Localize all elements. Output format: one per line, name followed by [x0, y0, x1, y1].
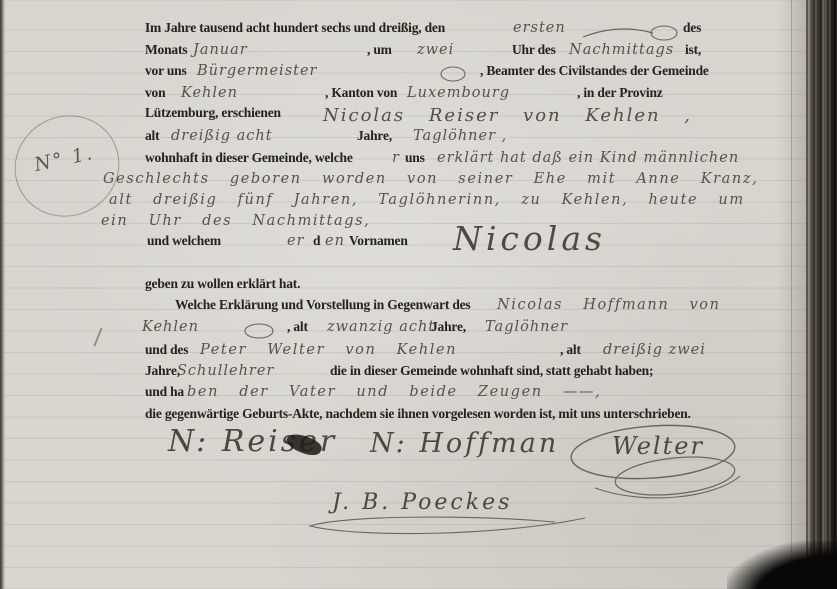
handwritten-witness2-occupation: Schullehrer — [177, 363, 274, 379]
handwritten-hour: zwei — [417, 42, 454, 58]
handwritten-witness1-age: zwanzig acht — [327, 319, 435, 335]
printed-text: , um — [367, 42, 392, 58]
signature-underline-flourish — [300, 514, 590, 536]
handwritten-fill: er — [287, 233, 305, 249]
handwritten-day: ersten — [513, 20, 566, 36]
handwritten-witness2-age: dreißig zwei — [603, 342, 706, 358]
printed-text: , in der Provinz — [577, 85, 663, 101]
printed-text: vor uns — [145, 63, 187, 79]
page-left-edge — [0, 0, 5, 589]
printed-text: , alt — [560, 342, 581, 358]
book-binding — [806, 0, 837, 589]
signature-witness1: N: Hoffman — [370, 428, 559, 459]
ink-flourish — [241, 323, 285, 339]
handwritten-witness1-occupation: Taglöhner — [485, 319, 568, 335]
handwritten-daytime: Nachmittags — [569, 42, 674, 58]
handwritten-witness1-name: Nicolas Hoffmann von — [497, 297, 721, 313]
gutter-shadow — [778, 0, 806, 589]
handwritten-commune: Kehlen — [181, 85, 238, 101]
printed-text: uns — [405, 150, 425, 166]
handwritten-declaration: Geschlechts geboren worden von seiner Eh… — [103, 171, 758, 187]
scan-corner-shadow — [727, 541, 837, 589]
printed-text: Im Jahre tausend acht hundert sechs und … — [145, 20, 445, 36]
handwritten-signers: ben der Vater und beide Zeugen ——, — [187, 384, 601, 400]
printed-text: des — [683, 20, 701, 36]
handwritten-child-forename: Nicolas — [453, 219, 606, 258]
handwritten-fill: en — [325, 233, 345, 249]
signature-witness2: Welter — [612, 432, 704, 460]
printed-text: und welchem — [147, 233, 221, 249]
register-page: N° 1. Im Jahre tausend acht hundert sech… — [0, 0, 837, 589]
ink-flourish — [437, 66, 477, 82]
ink-flourish — [583, 24, 679, 42]
printed-text: , Kanton von — [325, 85, 397, 101]
printed-text: von — [145, 85, 165, 101]
printed-text: , alt — [287, 319, 308, 335]
printed-text: alt — [145, 128, 159, 144]
printed-text: die in dieser Gemeinde wohnhaft sind, st… — [330, 363, 653, 379]
printed-text: d — [313, 233, 320, 249]
printed-text: Jahre, — [145, 363, 180, 379]
printed-text: und ha — [145, 384, 184, 400]
handwritten-witness1-residence: Kehlen — [142, 319, 199, 335]
printed-text: Jahre, — [431, 319, 466, 335]
handwritten-occupation: Taglöhner , — [413, 128, 507, 144]
printed-text: Lützemburg, erschienen — [145, 105, 281, 121]
printed-text: Jahre, — [357, 128, 392, 144]
printed-text: , Beamter des Civilstandes der Gemeinde — [480, 63, 709, 79]
handwritten-suffix: r — [392, 150, 400, 166]
printed-text: und des — [145, 342, 188, 358]
printed-text: Uhr des — [512, 42, 556, 58]
handwritten-official-title: Bürgermeister — [197, 63, 317, 79]
handwritten-birth-time: ein Uhr des Nachmittags, — [101, 213, 370, 229]
handwritten-canton: Luxembourg — [407, 85, 510, 101]
handwritten-declaration: erklärt hat daß ein Kind männlichen — [437, 150, 739, 166]
handwritten-declarant-name: Nicolas Reiser von Kehlen , — [323, 105, 692, 126]
handwritten-witness2-name: Peter Welter von Kehlen — [200, 342, 457, 358]
handwritten-month: Januar — [193, 42, 248, 58]
printed-text: ist, — [685, 42, 701, 58]
printed-text: Vornamen — [349, 233, 408, 249]
handwritten-age: dreißig acht — [171, 128, 273, 144]
printed-text: Monats — [145, 42, 187, 58]
handwritten-mother-details: alt dreißig fünf Jahren, Taglöhnerinn, z… — [109, 192, 745, 208]
signature-registrar: J. B. Poeckes — [332, 490, 512, 515]
printed-text: Welche Erklärung und Vorstellung in Gege… — [175, 297, 471, 313]
printed-text: wohnhaft in dieser Gemeinde, welche — [145, 150, 353, 166]
printed-text: geben zu wollen erklärt hat. — [145, 276, 300, 292]
